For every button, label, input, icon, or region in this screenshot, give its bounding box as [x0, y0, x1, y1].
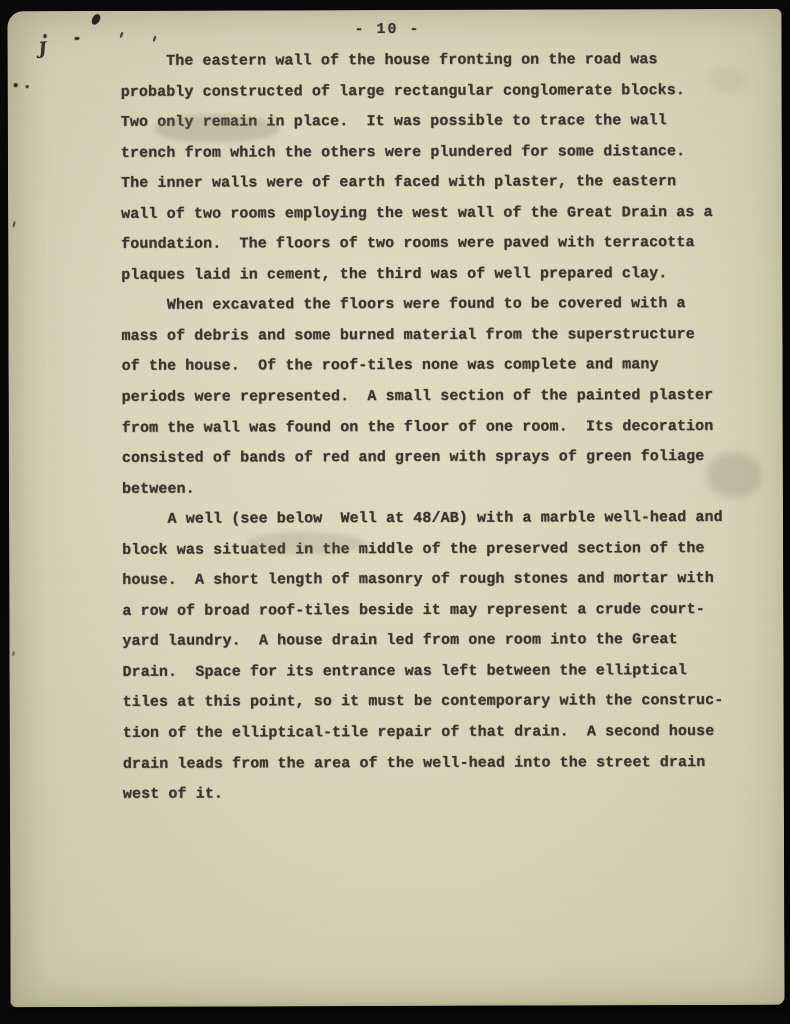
text-line: A well (see below Well at 48/AB) with a …: [122, 503, 743, 535]
text-line: yard laundry. A house drain led from one…: [122, 625, 743, 657]
text-line: periods were represented. A small sectio…: [122, 381, 743, 413]
text-line: Two only remain in place. It was possibl…: [121, 106, 742, 138]
text-line: of the house. Of the roof-tiles none was…: [122, 350, 743, 382]
pen-dot-icon: [26, 85, 29, 88]
text-line: drain leads from the area of the well-he…: [123, 747, 744, 779]
text-line: The inner walls were of earth faced with…: [121, 167, 742, 199]
pen-dot-icon: [75, 37, 80, 40]
text-line: west of it.: [123, 778, 744, 810]
photo-backdrop: - 10 - The eastern wall of the house fro…: [0, 0, 790, 1024]
text-line: a row of broad roof-tiles beside it may …: [122, 595, 743, 627]
text-line: tiles at this point, so it must be conte…: [123, 686, 744, 718]
typewritten-text: The eastern wall of the house fronting o…: [121, 45, 744, 811]
text-line: Drain. Space for its entrance was left b…: [122, 656, 743, 688]
text-line: mass of debris and some burned material …: [121, 320, 742, 352]
text-line: probably constructed of large rectangula…: [121, 75, 742, 107]
text-line: from the wall was found on the floor of …: [122, 411, 743, 443]
text-line: The eastern wall of the house fronting o…: [121, 45, 742, 77]
pen-apostrophe-icon: [12, 221, 15, 227]
text-line: block was situated in the middle of the …: [122, 534, 743, 566]
text-line: plaques laid in cement, the third was of…: [121, 259, 742, 291]
stains-layer: [7, 9, 781, 11]
pen-dot-icon: [14, 83, 18, 87]
pen-j-mark-icon: J: [38, 41, 48, 59]
ink-marks-layer: J: [7, 9, 781, 11]
text-line: wall of two rooms employing the west wal…: [121, 198, 742, 230]
text-line: house. A short length of masonry of roug…: [122, 564, 743, 596]
text-line: between.: [122, 473, 743, 505]
pen-dot-icon: [44, 34, 47, 38]
text-line: trench from which the others were plunde…: [121, 137, 742, 169]
document-page: - 10 - The eastern wall of the house fro…: [7, 9, 784, 1007]
text-line: When excavated the floors were found to …: [121, 289, 742, 321]
text-line: foundation. The floors of two rooms were…: [121, 228, 742, 260]
text-line: tion of the elliptical-tile repair of th…: [123, 717, 744, 749]
pen-apostrophe-icon: [12, 651, 15, 656]
text-line: consisted of bands of red and green with…: [122, 442, 743, 474]
